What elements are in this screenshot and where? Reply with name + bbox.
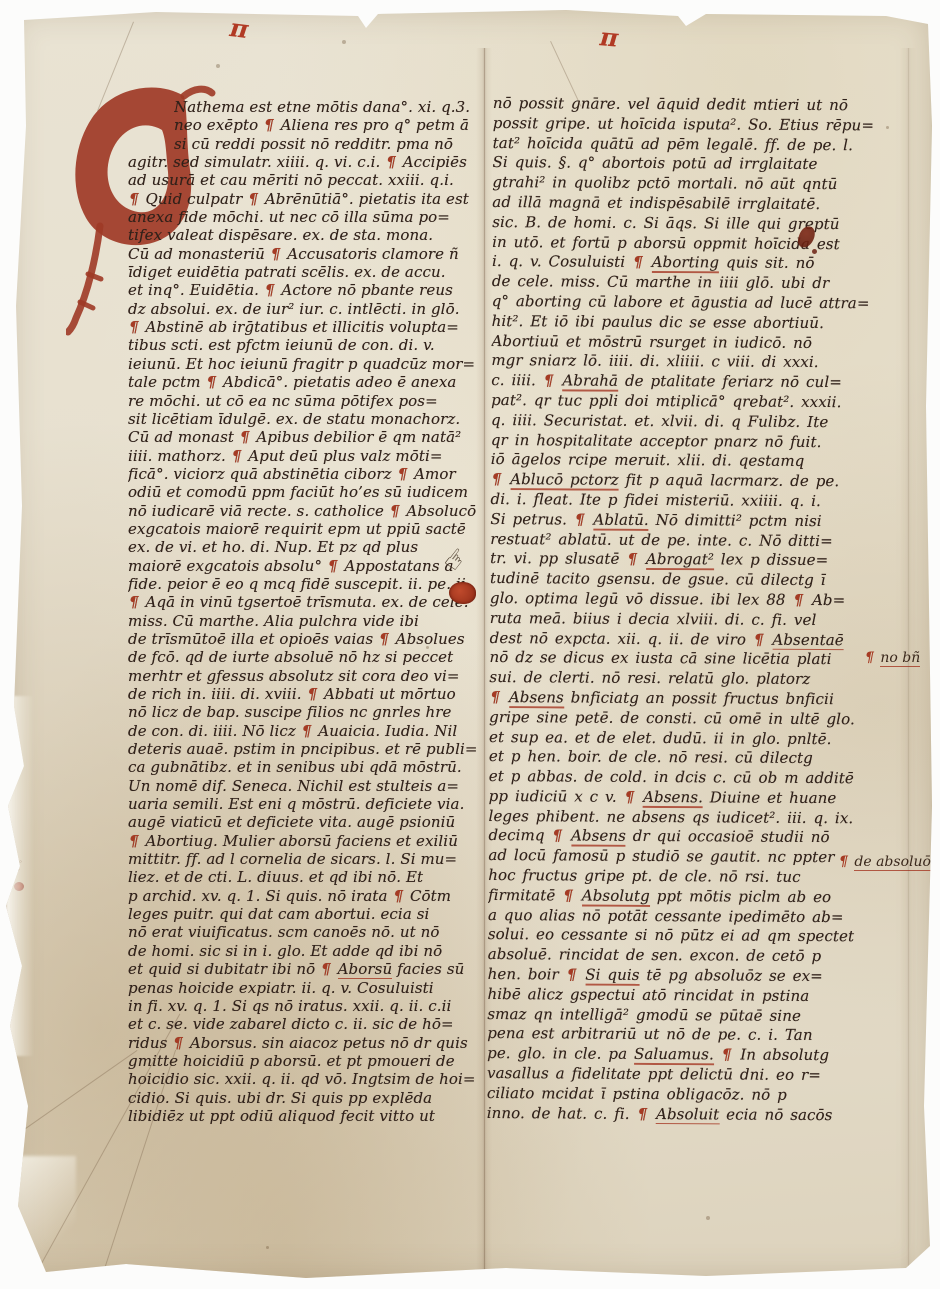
speck xyxy=(706,1216,710,1220)
manuscript-line: de con. di. iiii. Nō licz ¶ Auaicia. Iud… xyxy=(128,722,480,740)
manuscript-line: nō licz de bap. suscipe filios nc gnrles… xyxy=(128,703,480,721)
column-mark-icon: π xyxy=(599,22,620,52)
manuscript-line: ieiunū. Et hoc ieiunū fragitr p quadcūz … xyxy=(128,355,480,373)
manuscript-line: Nathema est etne mōtis dana°. xi. q.3. xyxy=(174,98,480,116)
pilcrow-icon: ¶ xyxy=(306,685,319,703)
manuscript-line: iō āgelos rcipe meruit. xlii. di. qestam… xyxy=(491,450,883,472)
pilcrow-icon: ¶ xyxy=(327,557,340,575)
margin-note: ¶ de absoluōe xyxy=(838,854,939,870)
manuscript-line: q° aborting cū labore et āgustia ad lucē… xyxy=(492,292,884,314)
manuscript-line: ruta meā. biius i decia xlviii. di. c. f… xyxy=(490,609,882,631)
pilcrow-icon: ¶ xyxy=(385,153,398,171)
manuscript-line: liez. et de cti. L. diuus. et qd ibi nō.… xyxy=(128,868,480,886)
manuscript-line: c. iiii. ¶ Abrahā de ptalitate feriarz n… xyxy=(491,371,883,393)
manuscript-line: iiii. mathorz. ¶ Aput deū plus valz mōti… xyxy=(128,447,480,465)
manuscript-line: p archid. xv. q. 1. Si quis. nō irata ¶ … xyxy=(128,887,480,905)
manuscript-line: ¶ Abortiug. Mulier aborsū faciens et exi… xyxy=(128,832,480,850)
manuscript-line: uaria semili. Est eni q mōstrū. deficiet… xyxy=(128,795,480,813)
manuscript-line: re mōchi. ut cō ea nc sūma pōtifex pos= xyxy=(128,392,480,410)
manuscript-line: leges puitr. qui dat cam abortui. ecia s… xyxy=(128,905,480,923)
manicule-sleeve xyxy=(449,582,476,604)
manuscript-line: a quo alias nō potāt cessante ipedimēto … xyxy=(488,906,880,928)
manuscript-line: tr. vi. pp slusatē ¶ Abrogat² lex p diss… xyxy=(490,549,882,571)
manuscript-line: neo exēpto ¶ Aliena res pro q° petm ā xyxy=(174,116,480,134)
manuscript-line: vasallus a fidelitate ppt delictū dni. e… xyxy=(487,1064,879,1086)
manuscript-line: ca gubnātibz. et in senibus ubi qdā mōst… xyxy=(128,758,480,776)
manuscript-line: et c. se. vide zabarel dicto c. ii. sic … xyxy=(128,1015,480,1033)
fold-line xyxy=(476,48,492,1274)
manuscript-line: Cū ad monasteriū ¶ Accusatoris clamore ñ xyxy=(128,245,480,263)
manuscript-line: qr in hospitalitate acceptor pnarz nō fu… xyxy=(491,431,883,453)
manuscript-line: de homi. sic si in i. glo. Et adde qd ib… xyxy=(128,942,480,960)
speck xyxy=(342,40,346,44)
manuscript-line: in fi. xv. q. 1. Si qs nō iratus. xxii. … xyxy=(128,997,480,1015)
manuscript-line: dest nō expcta. xii. q. ii. de viro ¶ Ab… xyxy=(490,629,882,651)
ink-blot xyxy=(812,249,817,254)
manuscript-line: agitr. sed simulatr. xiiii. q. vi. c.i. … xyxy=(128,153,480,171)
manuscript-line: anexa fide mōchi. ut nec cō illa sūma po… xyxy=(128,208,480,226)
manuscript-line: deteris auaē. pstim in pncipibus. et rē … xyxy=(128,740,480,758)
pilcrow-icon: ¶ xyxy=(753,630,766,648)
manuscript-line: tibus scti. est pfctm ieiunū de con. di.… xyxy=(128,336,480,354)
manuscript-line: ficā°. viciorz quā abstinētia ciborz ¶ A… xyxy=(128,465,480,483)
pilcrow-icon: ¶ xyxy=(636,1105,649,1123)
manuscript-line: Abortiuū et mōstrū rsurget in iudicō. nō xyxy=(491,332,883,354)
manuscript-photo: π π A Nathema est etne mōtis dana°. xi. … xyxy=(0,0,940,1289)
pilcrow-icon: ¶ xyxy=(562,886,575,904)
manuscript-line: Cū ad monast ¶ Apibus debilior ē qm natā… xyxy=(128,428,480,446)
manuscript-line: nō possit gnāre. vel āquid dedit mtieri … xyxy=(493,94,885,116)
manuscript-line: Si petrus. ¶ Ablatū. Nō dimitti² pctm ni… xyxy=(490,510,882,532)
manuscript-line: hibē alicz gspectui atō rincidat in psti… xyxy=(487,985,879,1007)
pilcrow-icon: ¶ xyxy=(128,318,141,336)
manuscript-line: nō dz se dicus ex iusta cā sine licētia … xyxy=(489,648,881,670)
pilcrow-icon: ¶ xyxy=(491,470,504,488)
manuscript-line: ¶ Aqā in vinū tgsertoē trīsmuta. ex. de … xyxy=(128,593,480,611)
manuscript-line: gtrahi² in quolibz pctō mortali. nō aūt … xyxy=(492,173,884,195)
crease-line xyxy=(34,1014,180,1277)
manuscript-line: possit gripe. ut hoīcida isputa². So. Et… xyxy=(493,114,885,136)
manuscript-line: ¶ Ablucō pctorz fit p aquā lacrmarz. de … xyxy=(491,470,883,492)
manuscript-line: fide. peior ē eo q mcq fidē suscepit. ii… xyxy=(128,575,480,593)
manuscript-line: hit². Et iō ibi paulus dic se esse abort… xyxy=(492,312,884,334)
manuscript-line: hen. boir ¶ Si quis tē pg absoluōz se ex… xyxy=(488,965,880,987)
speck xyxy=(266,1246,269,1249)
pilcrow-icon: ¶ xyxy=(624,788,637,806)
manuscript-line: ¶ Abstinē ab irḡtatibus et illicitis vol… xyxy=(128,318,480,336)
manuscript-line: pat². qr tuc ppli doi mtiplicā° qrebat².… xyxy=(491,391,883,413)
manuscript-line: dz absolui. ex. de iur² iur. c. intlēcti… xyxy=(128,300,480,318)
manuscript-line: de rich in. iiii. di. xviii. ¶ Abbati ut… xyxy=(128,685,480,703)
pilcrow-icon: ¶ xyxy=(128,190,141,208)
manuscript-line: nō erat viuificatus. scm canoēs nō. ut n… xyxy=(128,923,480,941)
pilcrow-icon: ¶ xyxy=(543,371,556,389)
speck xyxy=(426,646,429,649)
manuscript-line: sui. de clerti. nō resi. relatū glo. pla… xyxy=(489,668,881,690)
manuscript-line: pe. glo. in cle. pa Saluamus. ¶ In absol… xyxy=(487,1044,879,1066)
manuscript-page: π π A Nathema est etne mōtis dana°. xi. … xyxy=(6,6,934,1282)
manuscript-line: inno. de hat. c. fi. ¶ Absoluit ecia nō … xyxy=(487,1104,879,1126)
manuscript-line: ad usurā et cau mēriti nō peccat. xxiii.… xyxy=(128,171,480,189)
manuscript-line: q. iiii. Securistat. et. xlvii. di. q Fu… xyxy=(491,411,883,433)
pilcrow-icon: ¶ xyxy=(247,190,260,208)
manuscript-line: odiū et comodū ppm faciūt ho’es sū iudic… xyxy=(128,483,480,501)
manuscript-line: i. q. v. Cosuluisti ¶ Aborting quis sit.… xyxy=(492,252,884,274)
manuscript-line: di. i. fleat. Ite p fidei misteriū. xxii… xyxy=(490,490,882,512)
pilcrow-icon: ¶ xyxy=(574,510,587,528)
manuscript-line: gmitte hoicidiū p aborsū. et pt pmoueri … xyxy=(128,1052,480,1070)
manuscript-line: augē viaticū et deficiete vita. augē psi… xyxy=(128,813,480,831)
manuscript-line: et p hen. boir. de cle. nō resi. cū dile… xyxy=(489,747,881,769)
manuscript-line: nō iudicarē viā recte. s. catholice ¶ Ab… xyxy=(128,502,480,520)
manuscript-line: cidio. Si quis. ubi dr. Si quis pp explē… xyxy=(128,1089,480,1107)
pilcrow-icon: ¶ xyxy=(263,116,276,134)
manuscript-line: ex. de vi. et ho. di. Nup. Et pz qd plus xyxy=(128,538,480,556)
pilcrow-icon: ¶ xyxy=(721,1046,734,1064)
column-mark-icon: π xyxy=(228,13,250,44)
speck xyxy=(886,126,889,129)
manuscript-line: hoc fructus gripe pt. de cle. nō rsi. tu… xyxy=(488,866,880,888)
manuscript-line: si cū reddi possit nō redditr. pma nō xyxy=(174,135,480,153)
manuscript-line: ¶ Absens bnficiatg an possit fructus bnf… xyxy=(489,688,881,710)
manuscript-line: maiorē exgcatois absolu° ¶ Appostatans a xyxy=(128,557,480,575)
pilcrow-icon: ¶ xyxy=(551,827,564,845)
manuscript-line: ad locū famosū p studiō se gautit. nc pp… xyxy=(488,846,880,868)
manuscript-line: de fcō. qd de iurte absoluē nō hz si pec… xyxy=(128,648,480,666)
pilcrow-icon: ¶ xyxy=(838,854,850,870)
manuscript-line: mgr sniarz lō. iiii. di. xliiii. c viii.… xyxy=(491,351,883,373)
manuscript-line: tale pctm ¶ Abdicā°. pietatis adeo ē ane… xyxy=(128,373,480,391)
manuscript-line: de cele. miss. Cū marthe in iiii glō. ub… xyxy=(492,272,884,294)
pilcrow-icon: ¶ xyxy=(128,593,141,611)
crease-line xyxy=(900,48,916,1274)
manuscript-line: Un nomē dif. Seneca. Nichil est stulteis… xyxy=(128,777,480,795)
manuscript-line: absoluē. rincidat de sen. excon. de cetō… xyxy=(488,945,880,967)
pilcrow-icon: ¶ xyxy=(205,373,218,391)
pilcrow-icon: ¶ xyxy=(632,253,645,271)
pilcrow-icon: ¶ xyxy=(128,832,141,850)
pilcrow-icon: ¶ xyxy=(864,650,876,666)
pilcrow-icon: ¶ xyxy=(231,447,244,465)
manuscript-line: sic. B. de homi. c. Si āqs. Si ille qui … xyxy=(492,213,884,235)
pilcrow-icon: ¶ xyxy=(389,502,402,520)
manuscript-line: in utō. et fortū p aborsū oppmit hoīcida… xyxy=(492,233,884,255)
manuscript-line: firmitatē ¶ Absolutg ppt mōtis piclm ab … xyxy=(488,886,880,908)
manuscript-line: exgcatois maiorē requirit epm ut ppiū sa… xyxy=(128,520,480,538)
manuscript-line: solui. eo cessante si nō pūtz ei ad qm s… xyxy=(488,925,880,947)
torn-edge xyxy=(6,696,34,1056)
manuscript-line: ciliato mcidat ī pstina obligacōz. nō p xyxy=(487,1084,879,1106)
manuscript-line: mittitr. ff. ad l cornelia de sicars. l.… xyxy=(128,850,480,868)
pilcrow-icon: ¶ xyxy=(270,245,283,263)
manuscript-line: īdiget euidētia patrati scēlis. ex. de a… xyxy=(128,263,480,281)
manuscript-line: ¶ Quid culpatr ¶ Abrēnūtiā°. pietatis it… xyxy=(128,190,480,208)
manuscript-line: decimq ¶ Absens dr qui occasioē studii n… xyxy=(488,826,880,848)
manuscript-line: et p abbas. de cold. in dcis c. cū ob m … xyxy=(489,767,881,789)
manuscript-line: tifex valeat dispēsare. ex. de sta. mona… xyxy=(128,226,480,244)
pilcrow-icon: ¶ xyxy=(239,428,252,446)
text-column-right: nō possit gnāre. vel āquid dedit mtieri … xyxy=(487,94,885,1126)
pilcrow-icon: ¶ xyxy=(626,550,639,568)
manuscript-line: hoicidio sic. xxii. q. ii. qd vō. Ingtsi… xyxy=(128,1070,480,1088)
manuscript-line: et inq°. Euidētia. ¶ Actore nō pbante re… xyxy=(128,281,480,299)
manuscript-line: smaz qn intelligā² gmodū se pūtaē sine xyxy=(487,1005,879,1027)
pilcrow-icon: ¶ xyxy=(320,960,333,978)
manuscript-line: et sup ea. et de elet. dudū. ii in glo. … xyxy=(489,727,881,749)
pilcrow-icon: ¶ xyxy=(378,630,391,648)
manuscript-line: gripe sine petē. de consti. cū omē in ul… xyxy=(489,708,881,730)
manuscript-line: tat² hoīcida quātū ad pēm legalē. ff. de… xyxy=(493,134,885,156)
manuscript-line: et quid si dubitatr ibi nō ¶ Aborsū faci… xyxy=(128,960,480,978)
manuscript-line: sit licētiam īdulgē. ex. de statu monach… xyxy=(128,410,480,428)
manuscript-line: penas hoicide expiatr. ii. q. v. Cosului… xyxy=(128,979,480,997)
manuscript-line: pp iudiciū x c v. ¶ Absens. Diuine et hu… xyxy=(489,787,881,809)
pilcrow-icon: ¶ xyxy=(792,591,805,609)
speck xyxy=(216,64,220,68)
manuscript-line: glo. optima legū vō dissue. ibi lex 88 ¶… xyxy=(490,589,882,611)
manuscript-line: ad illā magnā et indispēsabilē irrglaita… xyxy=(492,193,884,215)
manuscript-line: pena est arbitrariū ut nō de pe. c. i. T… xyxy=(487,1024,879,1046)
manuscript-line: libidiēz ut ppt odiū aliquod fecit vitto… xyxy=(128,1107,480,1125)
manuscript-line: restuat² ablatū. ut de pe. inte. c. Nō d… xyxy=(490,530,882,552)
manuscript-line: miss. Cū marthe. Alia pulchra vide ibi xyxy=(128,612,480,630)
manuscript-line: tudinē tacito gsensu. de gsue. cū dilect… xyxy=(490,569,882,591)
pilcrow-icon: ¶ xyxy=(301,722,314,740)
text-column-left: Nathema est etne mōtis dana°. xi. q.3.ne… xyxy=(128,98,480,1125)
manuscript-line: ridus ¶ Aborsus. sin aiacoz petus nō dr … xyxy=(128,1034,480,1052)
pilcrow-icon: ¶ xyxy=(392,887,405,905)
manuscript-line: Si quis. §. q° abortois potū ad irrglait… xyxy=(493,153,885,175)
pilcrow-icon: ¶ xyxy=(397,465,410,483)
manuscript-line: leges phibent. ne absens qs iudicet². ii… xyxy=(489,807,881,829)
pilcrow-icon: ¶ xyxy=(264,281,277,299)
pilcrow-icon: ¶ xyxy=(566,966,579,984)
manuscript-line: merhtr et gfessus absolutz sit cora deo … xyxy=(128,667,480,685)
